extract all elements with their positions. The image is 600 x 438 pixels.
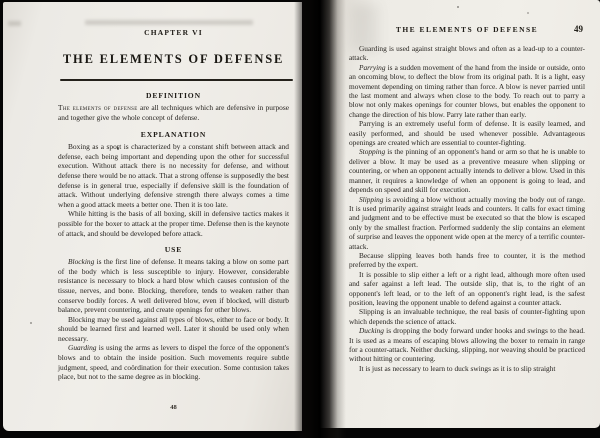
paragraph-text: It is possible to slip either a left or …	[349, 270, 585, 307]
section-heading-definition: DEFINITION	[58, 91, 289, 100]
chapter-heading: CHAPTER VI	[58, 28, 289, 37]
paragraph-text: Guarding is used against straight blows …	[349, 44, 585, 62]
term-italic: Parrying	[359, 63, 386, 72]
section-heading-explanation: EXPLANATION	[58, 130, 289, 139]
paragraph: Parrying is an extremely useful form of …	[349, 119, 585, 147]
paragraph-text: Boxing as a sport is characterized by a …	[58, 142, 289, 209]
paragraph: Because slipping leaves both hands free …	[349, 251, 585, 270]
paragraph: While hitting is the basis of all boxing…	[58, 209, 289, 238]
term-italic: Ducking	[359, 326, 384, 335]
paragraph: Blocking is the first line of defense. I…	[58, 257, 289, 315]
paragraph-text: Blocking may be used against all types o…	[58, 315, 289, 343]
paragraph-text: is the pinning of an opponent's hand or …	[349, 147, 585, 194]
paragraph: Slipping is avoiding a blow without actu…	[349, 195, 585, 251]
right-page: THE ELEMENTS OF DEFENSE 49 Guarding is u…	[318, 0, 600, 428]
paragraph: Stopping is the pinning of an opponent's…	[349, 147, 585, 194]
paragraph: Slipping is an invaluable technique, the…	[349, 307, 585, 326]
paragraph-text: Slipping is an invaluable technique, the…	[349, 307, 585, 325]
paragraph: Guarding is used against straight blows …	[349, 44, 585, 63]
section-heading-use: USE	[58, 245, 289, 254]
paragraph-text: is avoiding a blow without actually movi…	[349, 195, 585, 251]
paragraph: Guarding is using the arms as levers to …	[58, 343, 289, 381]
paragraph-text: Parrying is an extremely useful form of …	[349, 119, 585, 147]
paragraph: It is possible to slip either a left or …	[349, 270, 585, 308]
term-italic: Guarding	[68, 343, 96, 352]
running-head: THE ELEMENTS OF DEFENSE 49	[349, 25, 585, 36]
paragraph-text: is dropping the body forward under hooks…	[349, 326, 585, 363]
term-italic: Blocking	[68, 257, 94, 266]
paragraph-text: Because slipping leaves both hands free …	[349, 251, 585, 269]
paragraph: It is just as necessary to learn to duck…	[349, 364, 585, 373]
term-italic: Stopping	[359, 147, 385, 156]
paragraph: Boxing as a sport is characterized by a …	[58, 142, 289, 209]
paragraph: Blocking may be used against all types o…	[58, 315, 289, 344]
title-divider-rule	[60, 79, 293, 81]
page-title: THE ELEMENTS OF DEFENSE	[58, 52, 289, 67]
paragraph-text: While hitting is the basis of all boxing…	[58, 209, 289, 237]
paragraph-text: It is just as necessary to learn to duck…	[359, 364, 555, 373]
term-italic: Slipping	[359, 195, 383, 204]
right-page-body: Guarding is used against straight blows …	[349, 44, 585, 373]
page-number: 49	[574, 24, 583, 34]
running-title: THE ELEMENTS OF DEFENSE	[349, 25, 585, 34]
small-caps-lead: The elements of defense	[58, 103, 138, 112]
left-page: CHAPTER VI THE ELEMENTS OF DEFENSE DEFIN…	[3, 2, 302, 431]
paragraph: Parrying is a sudden movement of the han…	[349, 63, 585, 119]
paragraph: Ducking is dropping the body forward und…	[349, 326, 585, 364]
book-scan-spread: CHAPTER VI THE ELEMENTS OF DEFENSE DEFIN…	[0, 0, 600, 438]
definition-paragraph: The elements of defense are all techniqu…	[58, 103, 289, 122]
page-number: 48	[58, 404, 289, 411]
